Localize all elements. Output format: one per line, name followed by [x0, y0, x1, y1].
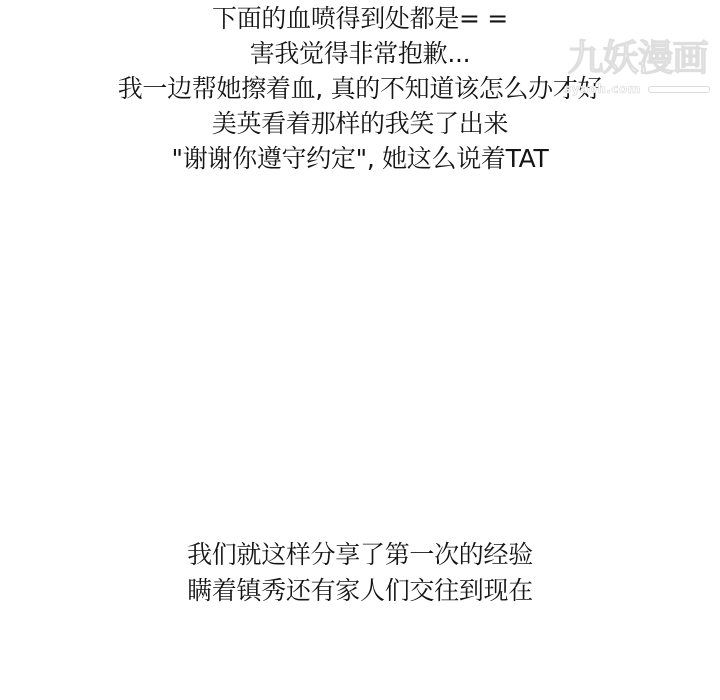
- caption-line: 害我觉得非常抱歉...: [0, 37, 720, 72]
- caption-line: 美英看着那样的我笑了出来: [0, 107, 720, 142]
- caption-line: 我一边帮她擦着血, 真的不知道该怎么办才好: [0, 72, 720, 107]
- caption-line: 下面的血喷得到处都是= =: [0, 2, 720, 37]
- caption-line: 我们就这样分享了第一次的经验: [0, 538, 720, 574]
- caption-line: 瞒着镇秀还有家人们交往到现在: [0, 574, 720, 610]
- caption-block-bottom: 我们就这样分享了第一次的经验 瞒着镇秀还有家人们交往到现在: [0, 538, 720, 610]
- caption-line: "谢谢你遵守约定", 她这么说着TAT: [0, 142, 720, 177]
- caption-block-top: 下面的血喷得到处都是= = 害我觉得非常抱歉... 我一边帮她擦着血, 真的不知…: [0, 2, 720, 177]
